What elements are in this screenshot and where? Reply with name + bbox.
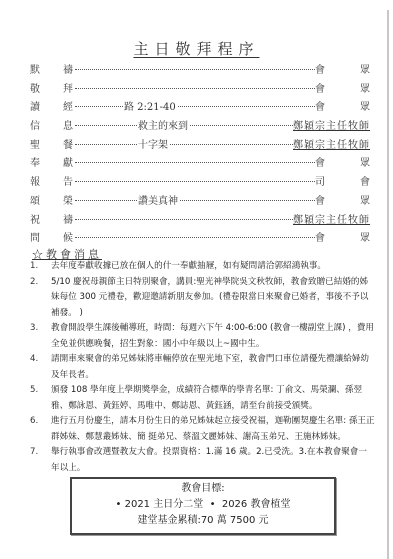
program-detail: 路 2:21-40 [123,98,177,113]
news-item: 7.舉行執事會改選暨教友大會。投票資格：1.滿 16 歲。2.已受洗。3.在本教… [30,445,375,476]
leader-char: 會 [315,154,325,169]
program-leader: 會眾 [315,154,370,169]
dot-leader [75,210,293,226]
program-row: 聖餐十字架鄭穎宗主任牧師 [30,135,370,151]
program-row: 問候會眾 [30,228,370,244]
leader-char: 鄭穎宗主任牧師 [293,211,370,226]
program-row: 信息救主的來到鄭穎宗主任牧師 [30,116,370,132]
page-title-text: 主日敬拜程序 [133,40,259,58]
program-item-char-2: 獻 [63,154,75,169]
leader-char: 會 [360,173,370,188]
program-item-char-2: 榮 [63,192,75,207]
program-leader: 會眾 [315,80,370,95]
program-item-char-1: 信 [30,117,63,132]
program-row: 祝禱鄭穎宗主任牧師 [30,210,370,226]
news-item-text: 教會開設學生課後輔導班，時間：每週六下午 4:00-6:00 (教會一樓副堂上課… [51,321,375,352]
news-item-number: 6. [30,414,51,445]
leader-char: 眾 [360,98,370,113]
page-edge [387,10,389,559]
page-title: 主日敬拜程序 [0,38,393,59]
dot-leader [75,60,315,76]
program-item-char-1: 報 [30,173,63,188]
news-item: 1.去年度奉獻收據已放在個人的什一奉獻抽屜，如有疑問請洽郭紹鴻執事。 [30,259,375,275]
program-row: 敬拜會眾 [30,79,370,95]
program-leader: 司會 [315,173,370,188]
leader-char: 會 [315,80,325,95]
dot-leader [75,228,315,244]
program-leader: 鄭穎宗主任牧師 [293,136,370,151]
leader-char: 會 [315,98,325,113]
dot-leader: 十字架 [75,135,293,151]
program-leader: 鄭穎宗主任牧師 [293,117,370,132]
news-item-number: 1. [30,259,51,275]
news-item-text: 5/10 慶祝母親節主日特別聚會，講員:聖光神學院吳文秋牧師，教會致贈已結婚的姊… [51,275,375,322]
news-item: 3.教會開設學生課後輔導班，時間：每週六下午 4:00-6:00 (教會一樓副堂… [30,321,375,352]
news-item-number: 4. [30,352,51,383]
program-leader: 會眾 [315,61,370,76]
church-goals-box: 教會目標: • 2021 主日分二堂 • 2026 教會植堂 建堂基金累積:70… [70,477,336,535]
goals-line-2: 建堂基金累積:70 萬 7500 元 [72,513,334,529]
program-row: 讀經路 2:21-40會眾 [30,97,370,113]
program-row: 默禱會眾 [30,60,370,76]
leader-char: 眾 [360,61,370,76]
program-item-char-2: 拜 [63,80,75,95]
program-row: 頌榮讚美真神會眾 [30,191,370,207]
news-item: 5.頒發 108 學年度上學期獎學金，成績符合標準的學青名單: 丁俞文、馬榮瀾、… [30,383,375,414]
program-item-char-1: 敬 [30,80,63,95]
program-item-char-1: 頌 [30,192,63,207]
program-item-char-1: 奉 [30,154,63,169]
program-leader: 鄭穎宗主任牧師 [293,211,370,226]
news-item-number: 3. [30,321,51,352]
program-detail: 救主的來到 [137,117,189,132]
program-leader: 會眾 [315,98,370,113]
news-item-number: 2. [30,275,51,322]
news-item-text: 去年度奉獻收據已放在個人的什一奉獻抽屜，如有疑問請洽郭紹鴻執事。 [51,259,375,275]
dot-leader: 救主的來到 [75,116,293,132]
leader-char: 會 [315,61,325,76]
dot-leader: 路 2:21-40 [75,97,315,113]
program-item-char-2: 餐 [63,136,75,151]
program-row: 奉獻會眾 [30,153,370,169]
dot-leader [75,79,315,95]
leader-char: 鄭穎宗主任牧師 [293,136,370,151]
program-item-char-1: 讀 [30,98,63,113]
news-item-number: 7. [30,445,51,476]
leader-char: 眾 [360,80,370,95]
program-detail: 讚美真神 [137,192,179,207]
leader-char: 司 [315,173,325,188]
program-row: 報告司會 [30,172,370,188]
goals-heading: 教會目標: [72,481,334,497]
program-item-char-1: 聖 [30,136,63,151]
program-item-char-1: 問 [30,229,63,244]
dot-leader [75,172,315,188]
news-item: 6.進行五月份慶生，請本月份生日的弟兄姊妹起立接受祝福，迦勒團契慶生名單: 孫王… [30,414,375,445]
program-item-char-1: 祝 [30,211,63,226]
leader-char: 眾 [360,229,370,244]
news-item-text: 請開車來聚會的弟兄姊妹將車輛停放在聖光地下室，教會門口車位請優先禮讓給婦幼及年長… [51,352,375,383]
program-detail: 十字架 [137,136,169,151]
news-item: 4.請開車來聚會的弟兄姊妹將車輛停放在聖光地下室，教會門口車位請優先禮讓給婦幼及… [30,352,375,383]
program-item-char-2: 告 [63,173,75,188]
program-item-char-2: 候 [63,229,75,244]
leader-char: 鄭穎宗主任牧師 [293,117,370,132]
dot-leader [75,153,315,169]
news-item-text: 舉行執事會改選暨教友大會。投票資格：1.滿 16 歲。2.已受洗。3.在本教會聚… [51,445,375,476]
program-item-char-2: 息 [63,117,75,132]
leader-char: 會 [315,229,325,244]
news-list: 1.去年度奉獻收據已放在個人的什一奉獻抽屜，如有疑問請洽郭紹鴻執事。2.5/10… [30,259,375,476]
program-leader: 會眾 [315,192,370,207]
program-item-char-2: 經 [63,98,75,113]
news-item-text: 頒發 108 學年度上學期獎學金，成績符合標準的學青名單: 丁俞文、馬榮瀾、孫翌… [51,383,375,414]
leader-char: 會 [315,192,325,207]
news-item-text: 進行五月份慶生，請本月份生日的弟兄姊妹起立接受祝福，迦勒團契慶生名單: 孫王正群… [51,414,375,445]
leader-char: 眾 [360,192,370,207]
news-item-number: 5. [30,383,51,414]
program-item-char-1: 默 [30,61,63,76]
goals-line-1: • 2021 主日分二堂 • 2026 教會植堂 [72,497,334,513]
program-item-char-2: 禱 [63,61,75,76]
news-item: 2.5/10 慶祝母親節主日特別聚會，講員:聖光神學院吳文秋牧師，教會致贈已結婚… [30,275,375,322]
dot-leader: 讚美真神 [75,191,315,207]
leader-char: 眾 [360,154,370,169]
program-leader: 會眾 [315,229,370,244]
program-item-char-2: 禱 [63,211,75,226]
